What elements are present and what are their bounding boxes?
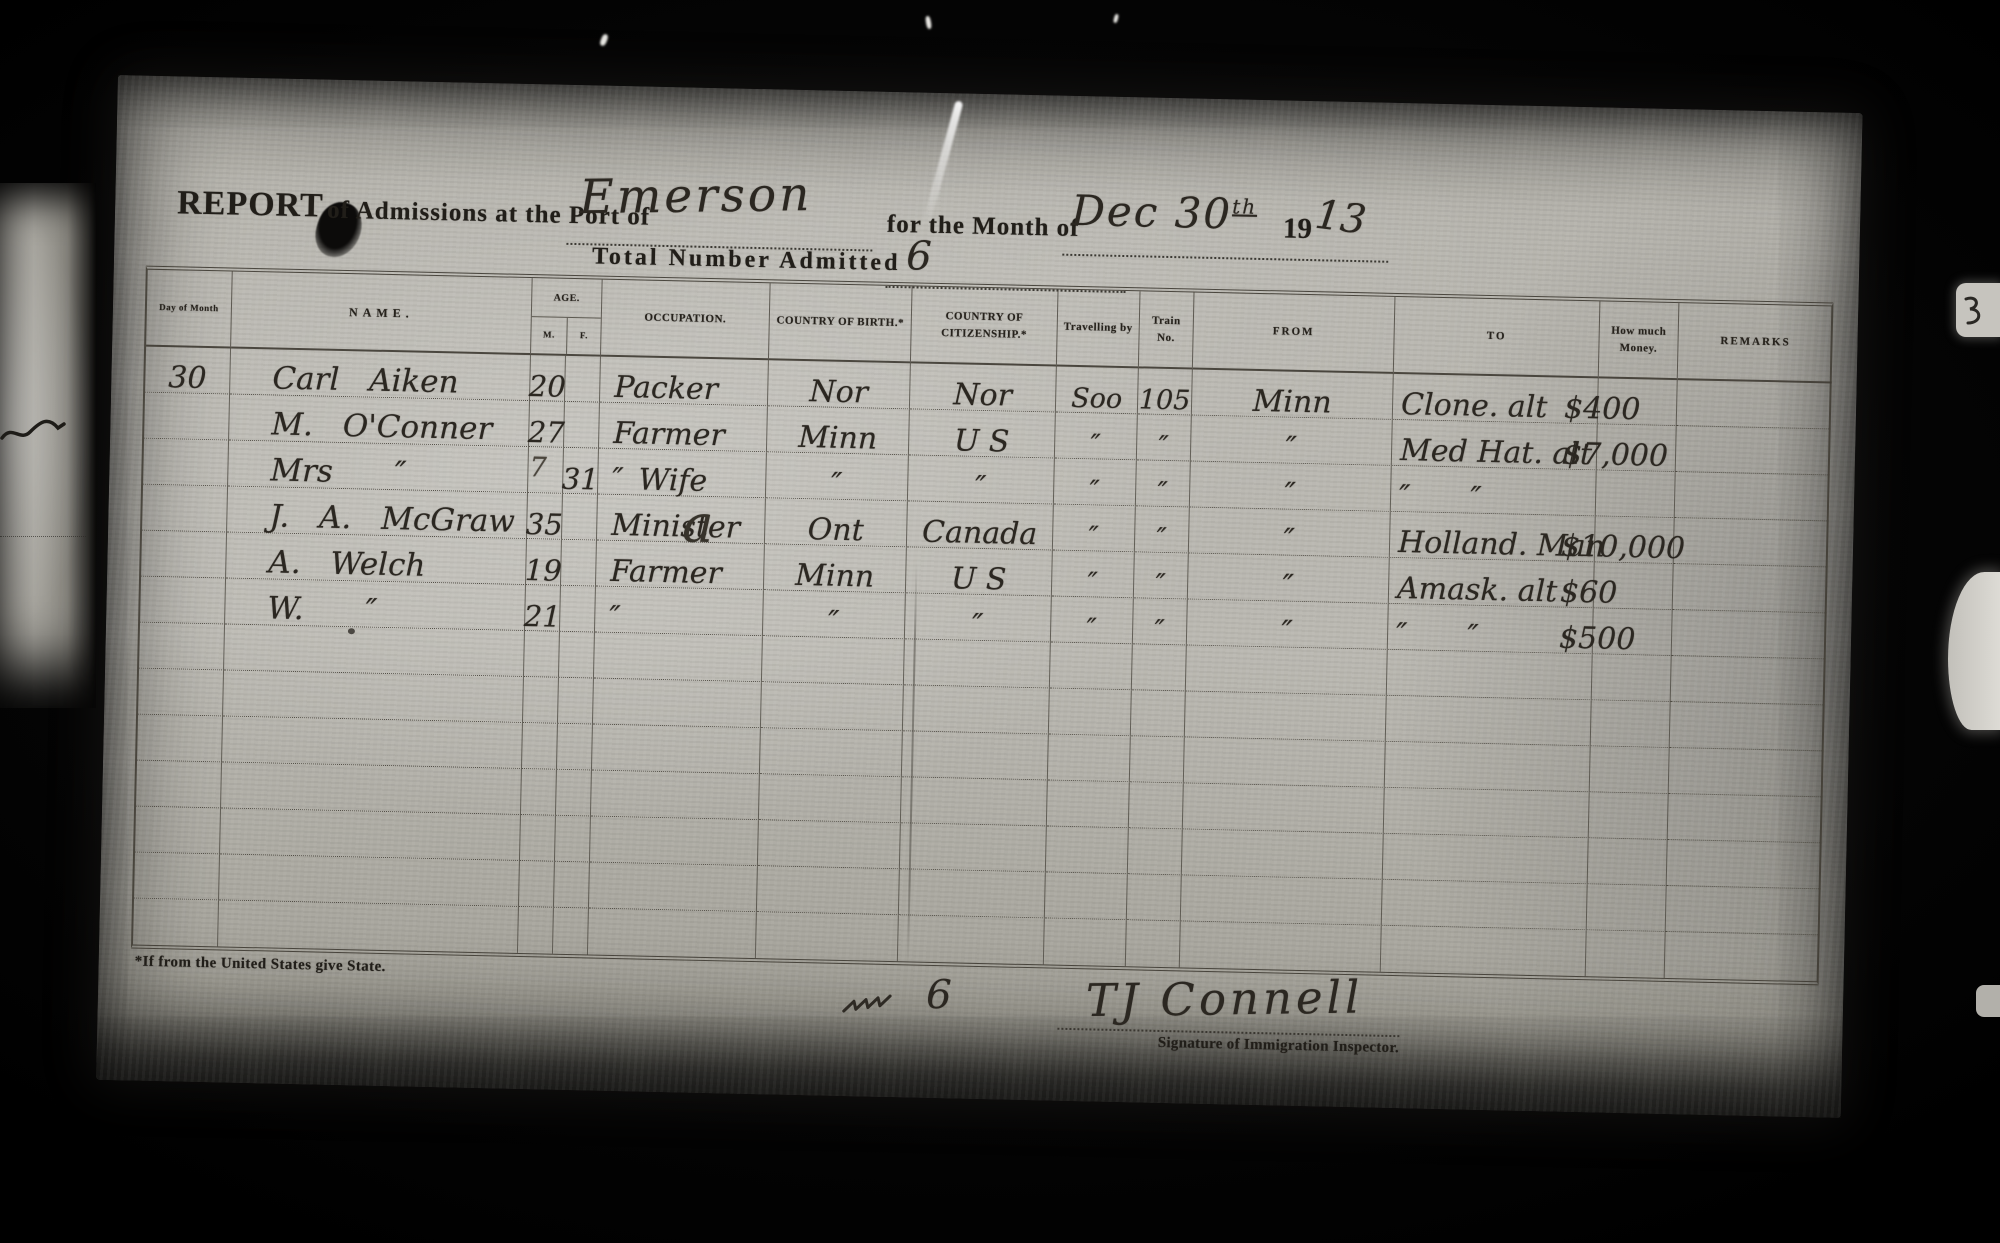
header-day-of-month: Day of Month <box>146 270 233 349</box>
cell-citizenship <box>902 731 1049 780</box>
cell-train-no <box>1128 828 1183 875</box>
cell-travelling-by <box>1050 642 1133 690</box>
cell-age-m <box>521 769 557 816</box>
cell-to <box>1382 880 1588 930</box>
cell-money: $500 <box>1593 608 1673 656</box>
cell-money <box>1587 884 1667 932</box>
cell-age-f <box>555 816 591 863</box>
cell-birth <box>756 912 899 961</box>
cell-remarks <box>1675 472 1830 521</box>
cell-birth: Ont <box>765 498 908 547</box>
inspector-signature: TJ Connell <box>1086 978 1364 1022</box>
cell-name <box>218 900 519 953</box>
cell-birth <box>759 774 902 823</box>
cell-day <box>138 669 224 717</box>
cell-travelling-by <box>1048 734 1131 782</box>
cell-remarks <box>1676 426 1831 475</box>
cell-money <box>1592 654 1672 702</box>
cell-train-no <box>1131 690 1186 737</box>
ink-speck <box>348 628 355 634</box>
cell-occupation <box>593 679 762 729</box>
cell-birth <box>762 636 905 685</box>
header-age: AGE. M. F. <box>531 278 603 357</box>
cell-age-m <box>519 861 555 908</box>
film-speck <box>1113 14 1119 24</box>
cell-day <box>143 439 229 487</box>
cell-age-m: 27 <box>529 401 565 448</box>
header-from: FROM <box>1193 293 1396 374</box>
cell-occupation <box>589 862 758 912</box>
cell-remarks <box>1672 610 1827 659</box>
header-name: NAME. <box>231 272 533 356</box>
adjacent-frame-right-middle <box>1948 572 2000 730</box>
signature-caption: Signature of Immigration Inspector. <box>1057 1033 1399 1057</box>
header-how-much-money: How much Money. <box>1599 301 1680 380</box>
cell-citizenship <box>899 869 1046 918</box>
cell-train-no <box>1126 920 1181 967</box>
cell-birth <box>760 728 903 777</box>
cell-age-f <box>554 862 590 909</box>
cell-birth: Minn <box>767 406 910 455</box>
cell-train-no <box>1127 874 1182 921</box>
signature-line: TJ Connell <box>1057 980 1400 1037</box>
film-speck <box>599 33 609 46</box>
cell-day <box>135 807 221 855</box>
cell-age-f <box>562 494 598 541</box>
handwriting-fragment-icon <box>1958 291 1998 331</box>
cell-birth: Minn <box>764 544 907 593</box>
cell-day: 30 <box>145 347 231 395</box>
cell-age-f <box>553 908 589 955</box>
cell-travelling-by: ″ <box>1055 413 1138 461</box>
cell-train-no <box>1130 736 1185 783</box>
cell-from <box>1184 737 1386 787</box>
cell-money <box>1590 746 1670 794</box>
cell-to <box>1386 696 1592 746</box>
header-age-label: AGE. <box>532 278 602 318</box>
cell-occupation <box>594 633 763 683</box>
month-handwritten: Dec 30th <box>1071 192 1258 234</box>
cell-from: Minn <box>1192 370 1394 420</box>
cell-citizenship: ″ <box>908 455 1055 504</box>
cell-money <box>1589 792 1669 840</box>
cell-money: $7,000 <box>1597 424 1677 472</box>
adjacent-frame-right-bottom <box>1976 985 2000 1017</box>
frame-rule-fragment <box>0 536 86 537</box>
cell-occupation: ″ Wife <box>598 449 767 499</box>
cell-travelling-by <box>1046 826 1129 874</box>
cell-money <box>1586 930 1666 978</box>
cell-from <box>1186 645 1388 695</box>
cell-train-no: ″ <box>1136 460 1191 507</box>
cell-citizenship: Nor <box>910 363 1057 412</box>
cell-age-f <box>559 632 595 679</box>
cell-citizenship <box>900 823 1047 872</box>
cell-from <box>1182 829 1384 879</box>
handwriting-fragment-icon <box>0 388 70 468</box>
cell-remarks <box>1666 886 1821 935</box>
microfilm-frame: REPORT of Admissions at the Port of Emer… <box>0 0 2000 1243</box>
cell-day <box>133 899 219 947</box>
cell-name: A. Welch <box>226 532 527 585</box>
cell-age-m <box>518 907 554 954</box>
cell-day <box>141 531 227 579</box>
cell-age-f <box>564 402 600 449</box>
cell-to <box>1381 926 1587 976</box>
cell-day <box>144 393 230 441</box>
film-scratch <box>921 100 963 229</box>
cell-occupation <box>591 771 760 821</box>
cell-citizenship <box>901 777 1048 826</box>
cell-from <box>1181 875 1383 925</box>
cell-from: ″ <box>1187 599 1389 649</box>
scribble-icon <box>840 983 913 1019</box>
header-age-male: M. <box>531 317 568 354</box>
year-handwritten: 13 <box>1313 197 1368 239</box>
cell-birth: ″ <box>763 590 906 639</box>
cell-age-m <box>522 723 558 770</box>
cell-day <box>137 715 223 763</box>
cell-age-f <box>557 724 593 771</box>
cell-name <box>222 716 523 769</box>
report-document: REPORT of Admissions at the Port of Emer… <box>96 75 1863 1118</box>
header-remarks: REMARKS <box>1678 303 1834 383</box>
cell-citizenship <box>904 639 1051 688</box>
cell-money: $400 <box>1598 378 1678 426</box>
cell-name: Carl Aiken <box>230 349 531 402</box>
cell-money <box>1596 470 1676 518</box>
cell-occupation <box>588 908 757 958</box>
header-train-no: Train No. <box>1139 291 1195 369</box>
cell-age-f: 31 <box>563 448 599 495</box>
cell-occupation: ″ <box>595 587 764 637</box>
cell-to <box>1383 834 1589 884</box>
cell-from <box>1180 921 1382 971</box>
cell-travelling-by: Soo <box>1056 367 1139 415</box>
cell-name: Mrs ″ <box>228 441 529 494</box>
cell-from: ″ <box>1190 461 1392 511</box>
cell-travelling-by: ″ <box>1051 596 1134 644</box>
cell-age-f <box>561 540 597 587</box>
cell-from <box>1185 691 1387 741</box>
cell-to <box>1385 742 1591 792</box>
cell-from: ″ <box>1191 416 1393 466</box>
cell-occupation <box>592 725 761 775</box>
report-title-word: REPORT <box>177 184 324 225</box>
cell-age-f <box>558 678 594 725</box>
cell-birth <box>758 820 901 869</box>
cell-money: $10,000 <box>1595 516 1675 564</box>
cell-remarks <box>1668 794 1823 843</box>
cell-age-f <box>565 356 601 403</box>
cell-remarks <box>1669 748 1824 797</box>
cell-birth: ″ <box>766 452 909 501</box>
year-prefix: 19 <box>1283 212 1313 246</box>
cell-remarks <box>1667 840 1822 889</box>
cell-travelling-by <box>1047 780 1130 828</box>
cell-age-f <box>560 586 596 633</box>
header-travelling-by: Travelling by <box>1057 290 1141 369</box>
month-ordinal: th <box>1232 194 1257 219</box>
cell-day <box>142 485 228 533</box>
cell-citizenship <box>903 685 1050 734</box>
cell-money <box>1591 700 1671 748</box>
cell-day <box>134 853 220 901</box>
cell-day <box>140 577 226 625</box>
cell-money <box>1588 838 1668 886</box>
cell-age-m: 21 <box>525 585 561 632</box>
header-country-of-citizenship: COUNTRY OF CITIZENSHIP.* <box>911 286 1059 366</box>
cell-travelling-by: ″ <box>1053 505 1136 553</box>
cell-name <box>224 624 525 677</box>
tally-value: 6 <box>926 977 952 1014</box>
cell-age-m <box>524 631 560 678</box>
cell-remarks <box>1677 380 1832 429</box>
header-occupation: OCCUPATION. <box>601 280 771 361</box>
adjacent-frame-right-top <box>1956 283 2000 337</box>
cell-train-no: ″ <box>1137 414 1192 461</box>
cell-train-no <box>1129 782 1184 829</box>
cell-day <box>139 623 225 671</box>
cell-train-no: ″ <box>1134 552 1189 599</box>
cell-age-m: 35 <box>527 493 563 540</box>
cell-citizenship: ″ <box>905 593 1052 642</box>
adjacent-frame-left <box>0 183 96 708</box>
cell-occupation: Packer <box>600 357 769 407</box>
port-handwritten: Emerson <box>579 174 812 219</box>
film-speck <box>925 16 932 30</box>
cell-to <box>1387 650 1593 700</box>
cell-name: W. ″ <box>225 578 526 631</box>
cell-train-no: ″ <box>1133 598 1188 645</box>
cell-travelling-by <box>1044 918 1127 966</box>
cell-from: ″ <box>1189 507 1391 557</box>
cell-from <box>1183 783 1385 833</box>
cell-remarks <box>1670 702 1825 751</box>
cell-citizenship: U S <box>909 409 1056 458</box>
cell-travelling-by <box>1045 872 1128 920</box>
cell-birth <box>761 682 904 731</box>
cell-occupation: Farmer <box>599 403 768 453</box>
cell-name: J. A. McGraw <box>227 486 528 539</box>
cell-name <box>221 762 522 815</box>
cell-from: ″ <box>1188 553 1390 603</box>
pencil-mark: a <box>682 501 714 548</box>
footnote: *If from the United States give State. <box>134 954 385 976</box>
cell-birth <box>757 866 900 915</box>
cell-name: M. O'Conner <box>229 395 530 448</box>
cell-birth: Nor <box>768 360 911 409</box>
cell-travelling-by: ″ <box>1052 551 1135 599</box>
cell-travelling-by: ″ <box>1054 459 1137 507</box>
cell-citizenship: U S <box>906 547 1053 596</box>
cell-name <box>219 854 520 907</box>
cell-age-f <box>556 770 592 817</box>
cell-to: ″ ″ <box>1391 466 1597 516</box>
cell-name <box>220 808 521 861</box>
cell-to <box>1384 788 1590 838</box>
cell-citizenship: Canada <box>907 501 1054 550</box>
cell-remarks <box>1665 932 1820 981</box>
header-to: TO <box>1394 297 1601 378</box>
tally-annotation: 6 <box>840 983 952 1019</box>
cell-remarks <box>1674 518 1829 567</box>
header-country-of-birth: COUNTRY OF BIRTH.* <box>769 283 913 363</box>
header-age-female: F. <box>567 318 601 355</box>
cell-train-no: 105 <box>1138 368 1193 415</box>
cell-age-m <box>520 815 556 862</box>
cell-name <box>223 670 524 723</box>
cell-money: $60 <box>1594 562 1674 610</box>
cell-remarks <box>1673 564 1828 613</box>
cell-age-m: 19 <box>526 539 562 586</box>
table-body: 30 Carl Aiken 20 Packer Nor Nor Soo 105 … <box>133 347 1830 982</box>
cell-age-m: 20 <box>530 355 566 402</box>
header-age-subrow: M. F. <box>531 317 601 354</box>
cell-train-no <box>1132 644 1187 691</box>
cell-occupation <box>590 816 759 866</box>
total-admitted-value: 6 <box>906 238 932 275</box>
cell-day <box>136 761 222 809</box>
cell-train-no: ″ <box>1135 506 1190 553</box>
cell-age-m <box>523 677 559 724</box>
pencil-mark: 7 <box>529 456 547 481</box>
cell-citizenship <box>898 915 1045 964</box>
admissions-table: Day of Month NAME. AGE. M. F. OCCUPATION… <box>131 266 1833 986</box>
cell-remarks <box>1671 656 1826 705</box>
cell-occupation: Farmer <box>596 541 765 591</box>
signature-block: TJ Connell Signature of Immigration Insp… <box>1057 980 1400 1057</box>
cell-travelling-by <box>1049 688 1132 736</box>
month-day-value: Dec 30 <box>1071 186 1233 238</box>
total-admitted-label: Total Number Admitted <box>592 243 901 277</box>
